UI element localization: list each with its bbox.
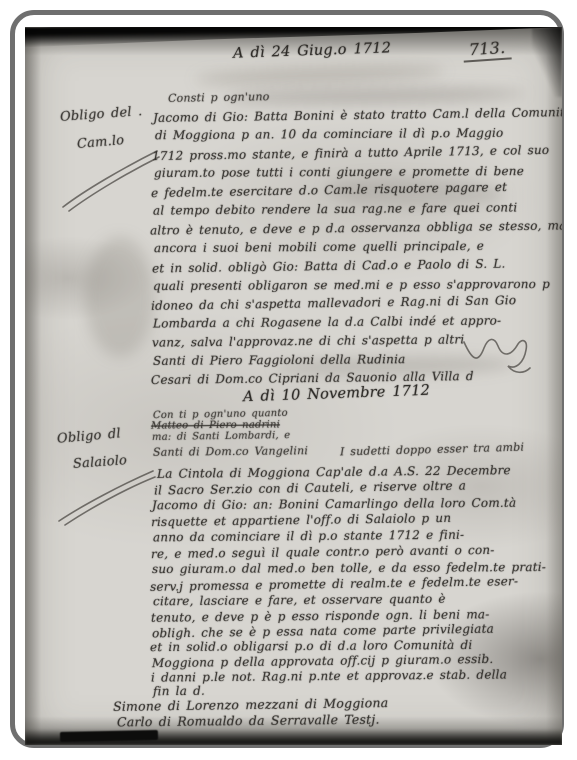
- manuscript-line: di Moggiona p an. 10 da cominciare il dì…: [155, 126, 503, 142]
- ink-bleedthrough-smudge: [85, 237, 155, 357]
- manuscript-line: citare, lasciare e fare, et osservare qu…: [153, 592, 446, 609]
- manuscript-line: et in solid. obligò Gio: Batta di Cad.o …: [152, 257, 506, 276]
- manuscript-line: Lombarda a chi Rogasene la d.a Calbi ind…: [153, 313, 501, 330]
- manuscript-line: Santi di Piero Faggioloni della Rudinia: [153, 352, 406, 368]
- page-corner-shadow: [532, 27, 562, 97]
- manuscript-line: Jacomo di Gio: Batta Bonini è stato trat…: [153, 105, 562, 125]
- manuscript-line: quali presenti obligaron se med.mi e p e…: [153, 277, 550, 293]
- manuscript-photo: A dì 24 Giug.o 1712 713. Consti p ogn'un…: [25, 27, 562, 745]
- manuscript-line: re, e med.o seguì il quale contr.o però …: [151, 543, 495, 561]
- entry1-opening: Consti p ogn'uno: [168, 90, 270, 105]
- entry2-date-header: A dì 10 Novembre 1712: [243, 383, 431, 406]
- page-bottom-edge-mark: [60, 730, 158, 742]
- manuscript-line: il Sacro Ser.zio con di Cauteli, e riser…: [154, 479, 466, 498]
- manuscript-line: risquette et appartiene l'off.o di Salai…: [151, 511, 451, 529]
- manuscript-line: idoneo da chi s'aspetta mallevadori e Ra…: [151, 293, 516, 313]
- manuscript-line: giuram.to pose tutti i conti giungere e …: [154, 164, 524, 180]
- manuscript-line: 1712 pross.mo stante, e finirà a tutto A…: [152, 143, 549, 163]
- witness-line: Carlo di Romualdo da Serravalle Testj.: [117, 712, 380, 730]
- manuscript-line: al tempo debito rendere la sua rag.ne e …: [153, 200, 517, 217]
- entry2-insert-right: I sudetti doppo esser tra ambi: [340, 441, 524, 459]
- manuscript-line: vanz, salva l'approvaz.ne di chi s'aspet…: [152, 332, 464, 349]
- manuscript-line: ancora i suoi beni mobili come quelli pr…: [154, 239, 484, 255]
- entry1-margin-note: Obligo del .: [60, 104, 143, 125]
- manuscript-line: i danni p.le not. Rag.ni p.nte et approv…: [151, 667, 507, 684]
- margin-flourish: [55, 145, 165, 215]
- entry2-insert-line: Santi di Dom.co Vangelini: [153, 444, 308, 459]
- scan-border-frame: A dì 24 Giug.o 1712 713. Consti p ogn'un…: [10, 10, 564, 748]
- manuscript-line: serv.j promessa e promette di realm.te e…: [150, 574, 518, 594]
- entry2-margin-note: Obligo dl: [56, 426, 121, 447]
- entry1-date-header: A dì 24 Giug.o 1712: [233, 40, 392, 62]
- manuscript-line: et in solid.o obligarsi p.o di d.a loro …: [150, 638, 473, 654]
- margin-flourish: [53, 467, 163, 527]
- entry2-insert-line: ma: di Santi Lombardi, e: [152, 430, 291, 443]
- ink-bleedthrough-smudge: [195, 63, 445, 88]
- notary-paraph: [460, 330, 535, 380]
- page-number: 713.: [462, 37, 512, 62]
- manuscript-line: anno da cominciare il dì p.o stante 1712…: [153, 528, 464, 545]
- manuscript-line: fin la d.: [153, 684, 205, 699]
- manuscript-line: Jacomo di Gio: an: Bonini Camarlingo del…: [152, 496, 516, 513]
- manuscript-line: altro è tenuto, e deve e p d.a osservanz…: [150, 218, 562, 237]
